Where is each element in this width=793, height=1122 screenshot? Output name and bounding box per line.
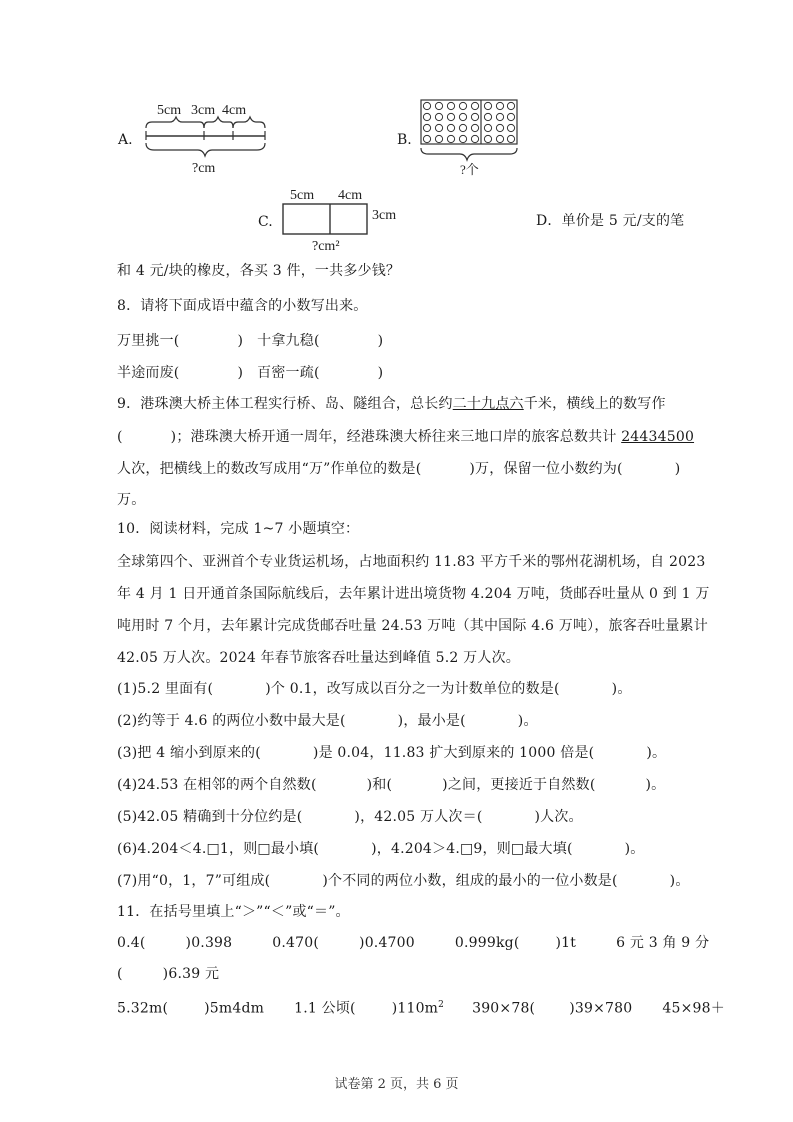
height-label: 3cm xyxy=(372,208,396,223)
total-label: ?cm xyxy=(192,161,215,176)
width-label-2: 4cm xyxy=(338,188,362,203)
area-label: ?cm² xyxy=(312,239,340,254)
q10-passage-4: 42.05 万人次。2024 年春节旅客吞吐量达到峰值 5.2 万人次。 xyxy=(117,648,520,668)
q11-row-3: 5.32m()5m4dm1.1 公顷()110m2390×78()39×7804… xyxy=(117,995,725,1019)
q10-sub-4: (4)24.53 在相邻的两个自然数()和()之间，更接近于自然数()。 xyxy=(117,775,665,795)
q9-line-3: 人次，把横线上的数改写成用“万”作单位的数是()万，保留一位小数约为() xyxy=(117,459,680,479)
q10-sub-3: (3)把 4 缩小到原来的()是 0.04，11.83 扩大到原来的 1000 … xyxy=(117,743,666,763)
q10-passage-1: 全球第四个、亚洲首个专业货运机场，占地面积约 11.83 平方千米的鄂州花湖机场… xyxy=(117,552,705,572)
q11-row-2: ()6.39 元 xyxy=(117,964,219,984)
rectangle-diagram-c: 5cm 4cm 3cm ?cm² xyxy=(278,184,408,254)
q10-sub-2: (2)约等于 4.6 的两位小数中最大是()，最小是()。 xyxy=(117,711,538,731)
page-footer: 试卷第 2 页，共 6 页 xyxy=(0,1073,793,1092)
segment-label-3: 4cm xyxy=(222,103,246,118)
q10-sub-1: (1)5.2 里面有()个 0.1，改写成以百分之一为计数单位的数是()。 xyxy=(117,679,632,699)
segment-diagram-a: 5cm 3cm 4cm ?cm xyxy=(140,98,270,178)
q10-title: 10．阅读材料，完成 1~7 小题填空： xyxy=(117,519,359,539)
underlined-passenger-count: 24434500 xyxy=(621,429,694,445)
option-a-label: A. xyxy=(118,131,133,149)
q8-item-4: 百密一疏( xyxy=(257,365,319,381)
option-d-text: D．单价是 5 元/支的笔 xyxy=(536,211,684,231)
q8-title: 8．请将下面成语中蕴含的小数写出来。 xyxy=(117,296,368,316)
q8-row-1: 万里挑一()十拿九稳() xyxy=(117,331,383,351)
q8-item-3: 半途而废( xyxy=(117,365,179,381)
q9-line-4: 万。 xyxy=(117,490,145,510)
option-c-label: C. xyxy=(258,213,273,231)
option-b-label: B. xyxy=(397,131,412,149)
q10-sub-7: (7)用“0，1，7”可组成()个不同的两位小数，组成的最小的一位小数是()。 xyxy=(117,871,690,891)
total-label: ?个 xyxy=(460,162,479,177)
segment-label-2: 3cm xyxy=(191,103,215,118)
q9-line-2: ()；港珠澳大桥开通一周年，经港珠澳大桥往来三地口岸的旅客总数共计 244345… xyxy=(117,427,694,447)
underlined-number-words: 二十九点六 xyxy=(453,396,524,412)
dot-grid-diagram-b: ?个 xyxy=(418,98,523,178)
option-d-continuation: 和 4 元/块的橡皮，各买 3 件，一共多少钱？ xyxy=(117,261,400,281)
q8-row-2: 半途而废()百密一疏() xyxy=(117,363,383,383)
q8-item-1: 万里挑一( xyxy=(117,333,179,349)
q10-sub-5: (5)42.05 精确到十分位约是()，42.05 万人次＝()人次。 xyxy=(117,807,583,827)
q8-item-2: 十拿九稳( xyxy=(257,333,319,349)
q9-line-1: 9．港珠澳大桥主体工程实行桥、岛、隧组合，总长约二十九点六千米，横线上的数写作 xyxy=(117,394,666,414)
q11-row-1: 0.4()0.3980.470()0.47000.999kg()1t6 元 3 … xyxy=(117,933,709,953)
q11-title: 11．在括号里填上“＞”“＜”或“＝”。 xyxy=(117,902,350,922)
segment-label-1: 5cm xyxy=(157,103,181,118)
q10-passage-3: 吨用时 7 个月，去年累计完成货邮吞吐量 24.53 万吨（其中国际 4.6 万… xyxy=(117,616,708,636)
q10-sub-6: (6)4.204＜4.□1，则□最小填()，4.204＞4.□9，则□最大填()… xyxy=(117,839,645,859)
width-label-1: 5cm xyxy=(290,188,314,203)
q10-passage-2: 年 4 月 1 日开通首条国际航线后，去年累计进出境货物 4.204 万吨，货邮… xyxy=(117,584,710,604)
